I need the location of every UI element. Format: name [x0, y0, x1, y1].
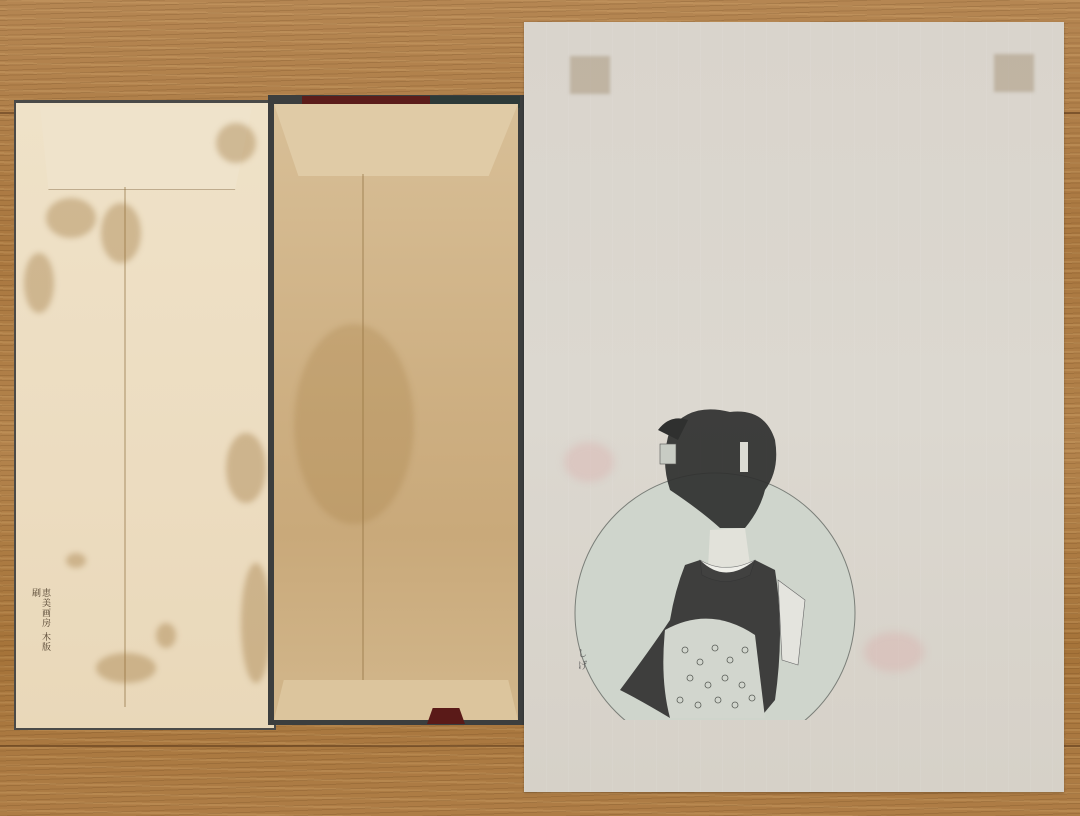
- envelope-middle: [274, 104, 518, 720]
- corner-mark: [570, 56, 610, 94]
- envelope-left: [14, 100, 276, 730]
- corner-mark: [994, 54, 1034, 92]
- envelope-seam: [124, 187, 126, 707]
- envelope-flap: [274, 104, 518, 176]
- artist-signature: しげ: [573, 648, 588, 672]
- envelope-red-tab: [427, 708, 465, 724]
- envelope-bottom-flap: [274, 680, 518, 720]
- pink-bleed: [864, 632, 924, 672]
- envelope-inscription: 恵美画房 木版刷: [34, 588, 50, 658]
- woodblock-illustration: [560, 400, 870, 720]
